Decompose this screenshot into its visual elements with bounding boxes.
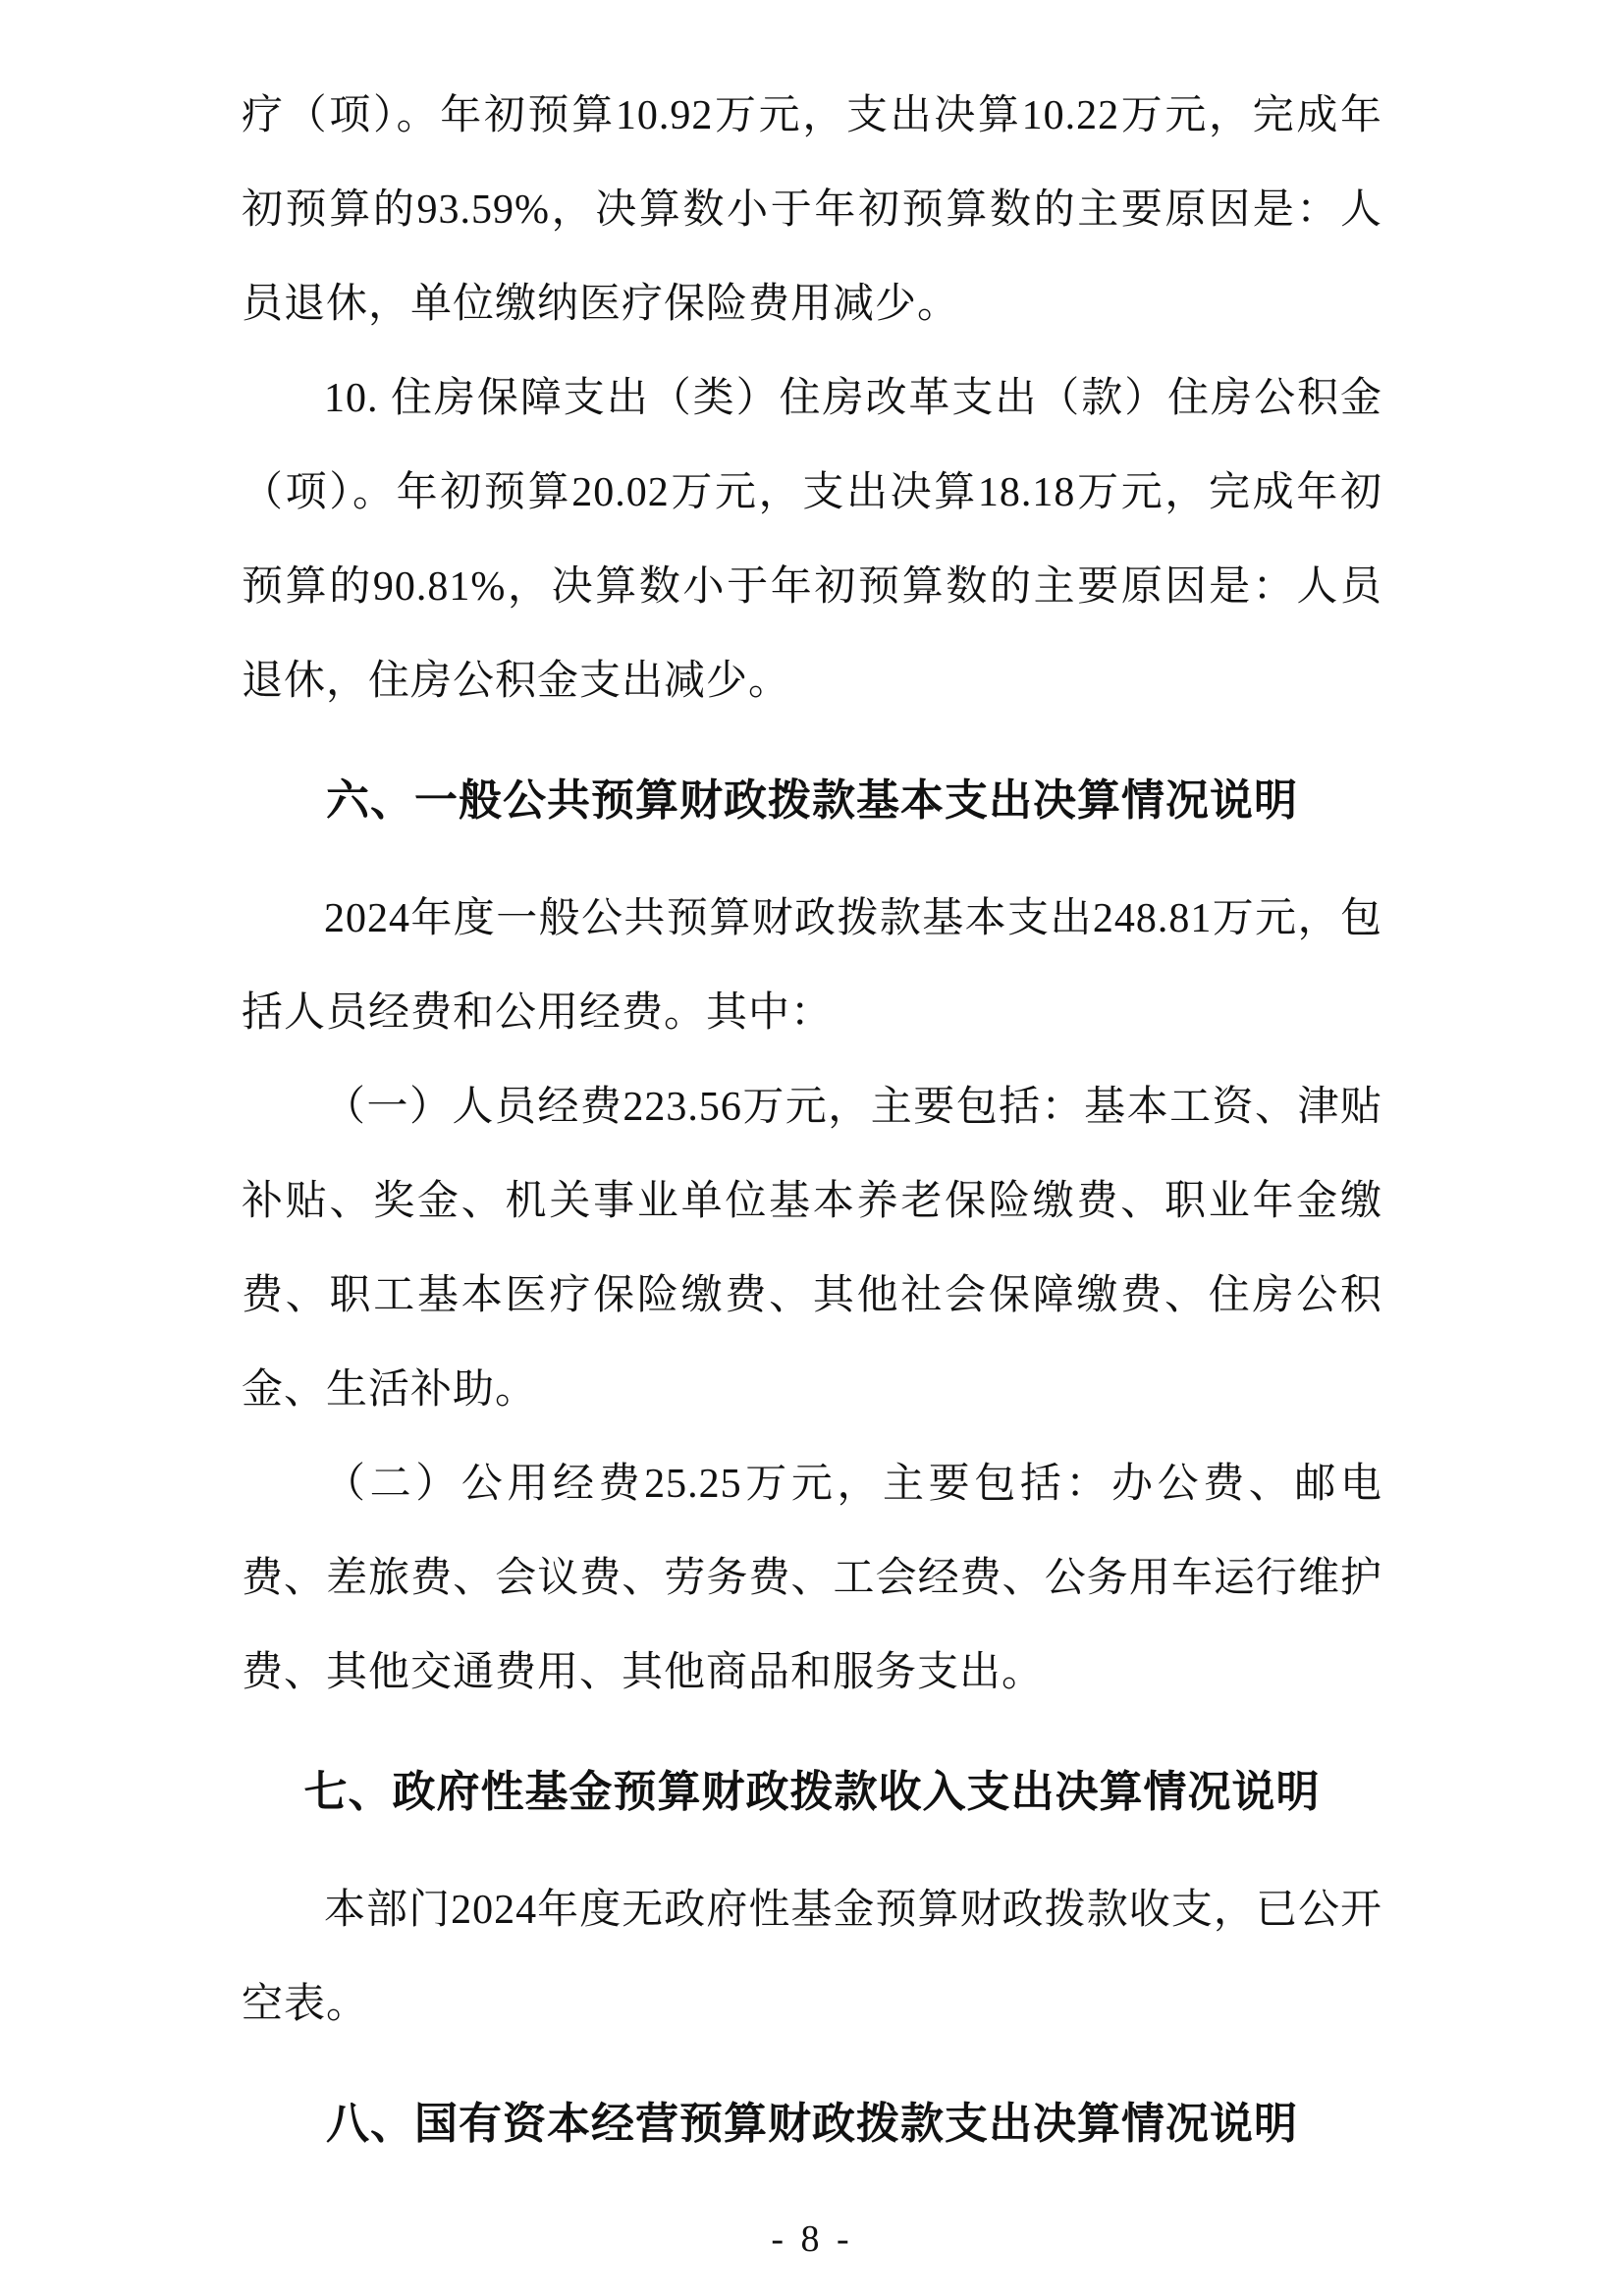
paragraph-medical-insurance-item: 疗（项）。年初预算10.92万元，支出决算10.22万元，完成年初预算的93.5… xyxy=(242,69,1382,351)
section-heading-6-basic-expenditure: 六、一般公共预算财政拨款基本支出决算情况说明 xyxy=(242,770,1382,832)
document-page: 疗（项）。年初预算10.92万元，支出决算10.22万元，完成年初预算的93.5… xyxy=(0,0,1624,2296)
document-content: 疗（项）。年初预算10.92万元，支出决算10.22万元，完成年初预算的93.5… xyxy=(242,69,1382,2195)
paragraph-no-government-fund: 本部门2024年度无政府性基金预算财政拨款收支，已公开空表。 xyxy=(242,1863,1382,2052)
page-number: - 8 - xyxy=(0,2217,1624,2261)
paragraph-public-expenses: （二）公用经费25.25万元，主要包括：办公费、邮电费、差旅费、会议费、劳务费、… xyxy=(242,1437,1382,1720)
section-heading-8-state-capital: 八、国有资本经营预算财政拨款支出决算情况说明 xyxy=(242,2093,1382,2156)
paragraph-personnel-expenses: （一）人员经费223.56万元，主要包括：基本工资、津贴补贴、奖金、机关事业单位… xyxy=(242,1060,1382,1437)
section-heading-7-government-fund: 七、政府性基金预算财政拨款收入支出决算情况说明 xyxy=(242,1761,1382,1824)
paragraph-basic-expenditure-total: 2024年度一般公共预算财政拨款基本支出248.81万元，包括人员经费和公用经费… xyxy=(242,872,1382,1060)
paragraph-housing-security-item-10: 10. 住房保障支出（类）住房改革支出（款）住房公积金（项）。年初预算20.02… xyxy=(242,351,1382,728)
